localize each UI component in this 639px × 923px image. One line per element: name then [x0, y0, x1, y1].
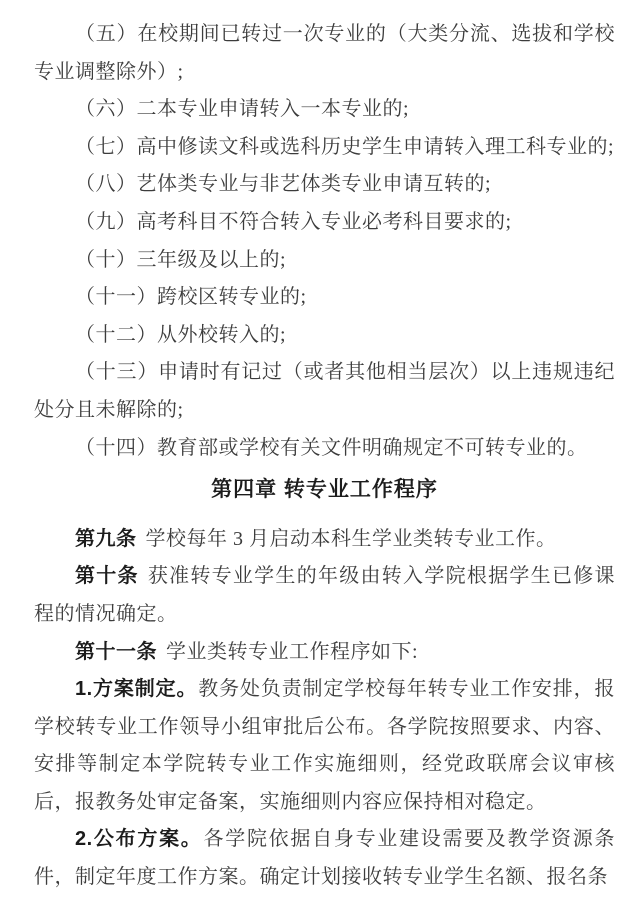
- clause-item-7: （七）高中修读文科或选科历史学生申请转入理工科专业的;: [34, 129, 615, 167]
- article-text-11: 学业类转专业工作程序如下:: [166, 641, 418, 663]
- clause-item-6: （六）二本专业申请转入一本专业的;: [34, 91, 615, 129]
- article-paragraph-10: 第十条获准转专业学生的年级由转入学院根据学生已修课程的情况确定。: [34, 558, 615, 633]
- step-paragraph-1: 1.方案制定。教务处负责制定学校每年转专业工作安排，报学校转专业工作领导小组审批…: [34, 671, 615, 821]
- clause-item-8: （八）艺体类专业与非艺体类专业申请互转的;: [34, 166, 615, 204]
- article-label-9: 第九条: [75, 528, 137, 550]
- article-label-10: 第十条: [75, 565, 139, 587]
- article-text-9: 学校每年 3 月启动本科生学业类转专业工作。: [146, 528, 557, 550]
- step-label-1: 1.方案制定。: [75, 678, 197, 700]
- article-paragraph-9: 第九条学校每年 3 月启动本科生学业类转专业工作。: [34, 521, 615, 559]
- step-label-2: 2.公布方案。: [75, 828, 203, 850]
- article-label-11: 第十一条: [75, 641, 157, 663]
- clause-item-14: （十四）教育部或学校有关文件明确规定不可转专业的。: [34, 430, 615, 468]
- clause-item-10: （十）三年级及以上的;: [34, 242, 615, 280]
- clause-item-13: （十三）申请时有记过（或者其他相当层次）以上违规违纪处分且未解除的;: [34, 354, 615, 429]
- clause-item-5: （五）在校期间已转过一次专业的（大类分流、选拔和学校专业调整除外）;: [34, 16, 615, 91]
- article-paragraph-11: 第十一条学业类转专业工作程序如下:: [34, 634, 615, 672]
- clause-item-11: （十一）跨校区转专业的;: [34, 279, 615, 317]
- chapter-heading: 第四章 转专业工作程序: [34, 471, 615, 509]
- clause-item-9: （九）高考科目不符合转入专业必考科目要求的;: [34, 204, 615, 242]
- document-page: （五）在校期间已转过一次专业的（大类分流、选拔和学校专业调整除外）; （六）二本…: [0, 0, 639, 923]
- clause-item-12: （十二）从外校转入的;: [34, 317, 615, 355]
- step-paragraph-2: 2.公布方案。各学院依据自身专业建设需要及教学资源条件，制定年度工作方案。确定计…: [34, 821, 615, 896]
